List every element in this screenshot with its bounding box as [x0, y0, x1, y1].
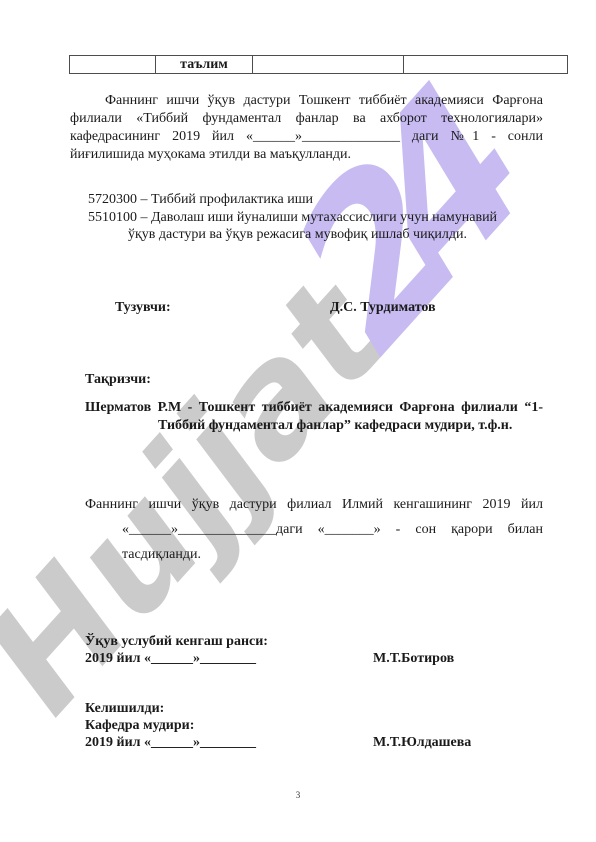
head-date: 2019 йил «______»________	[85, 735, 256, 750]
author-label: Тузувчи:	[115, 300, 171, 315]
agreed-signature-block: Келишилди: Кафедра мудири: 2019 йил «___…	[85, 700, 543, 751]
reviewer-label: Тақризчи:	[85, 371, 543, 389]
council-title: Ўқув услубий кенгаш ранси:	[85, 633, 543, 650]
paragraph-department-approval: Фаннинг ишчи ўқув дастури Тошкент тиббиё…	[70, 92, 543, 164]
table-cell-talim: таълим	[156, 56, 253, 74]
paragraph-line: тасдиқланди.	[122, 542, 543, 567]
paragraph-line: филиали «Тиббий фундаментал фанлар ва ах…	[70, 110, 543, 128]
document-page: Hujjat 24 таълим Фаннинг ишчи ўқув дасту…	[0, 0, 596, 842]
council-date: 2019 йил «______»________	[85, 651, 256, 666]
author-name: Д.С. Турдиматов	[330, 299, 436, 317]
head-date-row: 2019 йил «______»________ М.Т.Юлдашева	[85, 734, 543, 751]
page-content: таълим Фаннинг ишчи ўқув дастури Тошкент…	[0, 0, 596, 842]
page-number: 3	[0, 790, 596, 800]
specialty-codes: 5720300 – Тиббий профилактика иши 551010…	[88, 191, 543, 244]
reviewer-line: Шерматов Р.М - Тошкент тиббиёт академияс…	[85, 399, 543, 417]
specialty-code-line: 5510100 – Даволаш иши йуналиши мутахасси…	[88, 209, 543, 227]
agreed-label: Келишилди:	[85, 700, 543, 717]
table-row: таълим	[70, 56, 568, 74]
specialty-code-line: ўқув дастури ва ўқув режасига мувофиқ иш…	[88, 226, 543, 244]
council-date-row: 2019 йил «______»________ М.Т.Ботиров	[85, 650, 543, 667]
reviewer-description: Шерматов Р.М - Тошкент тиббиёт академияс…	[70, 399, 543, 435]
paragraph-line: кафедрасининг 2019 йил «______»_________…	[70, 128, 543, 146]
paragraph-line: Фаннинг ишчи ўқув дастури Тошкент тиббиё…	[70, 92, 543, 110]
table-cell-1	[70, 56, 156, 74]
council-signatory-name: М.Т.Ботиров	[373, 650, 454, 667]
specialty-code-line: 5720300 – Тиббий профилактика иши	[88, 191, 543, 209]
paragraph-line: «______»______________даги «_______» - с…	[122, 517, 543, 542]
paragraph-line: Фаннинг ишчи ўқув дастури филиал Илмий к…	[85, 492, 543, 517]
continuation-table: таълим	[69, 55, 568, 74]
table-cell-3	[253, 56, 404, 74]
council-signature-block: Ўқув услубий кенгаш ранси: 2019 йил «___…	[85, 633, 543, 667]
paragraph-council-approval: Фаннинг ишчи ўқув дастури филиал Илмий к…	[70, 492, 543, 567]
table-cell-4	[404, 56, 568, 74]
head-signatory-name: М.Т.Юлдашева	[373, 734, 471, 751]
paragraph-line: йиғилишида муҳокама этилди ва маъқулланд…	[70, 146, 543, 164]
author-row: Тузувчи: Д.С. Турдиматов	[70, 299, 543, 317]
department-head-label: Кафедра мудири:	[85, 717, 543, 734]
reviewer-line: Тиббий фундаментал фанлар” кафедраси муд…	[70, 417, 543, 435]
